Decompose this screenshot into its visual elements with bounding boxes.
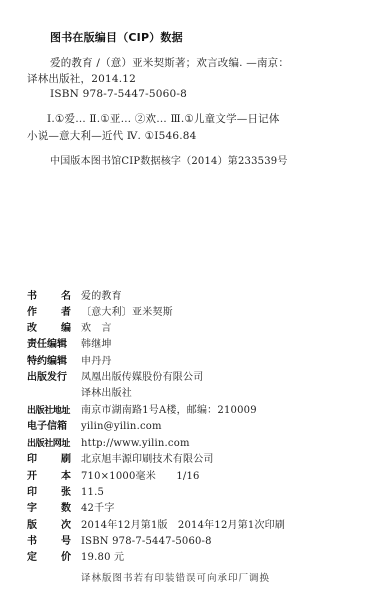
colophon-label: 电子信箱 xyxy=(27,420,71,434)
colophon-value: 爱的教育 xyxy=(81,290,122,304)
cip-classification-1: Ⅰ.①爱… Ⅱ.①亚… ②欢… Ⅲ.①儿童文学—日记体 xyxy=(47,113,280,126)
colophon-label-part: 开 xyxy=(27,470,37,484)
colophon-value: 2014年12月第1版 2014年12月第1次印刷 xyxy=(81,519,285,533)
cip-line-2: 译林出版社，2014.12 xyxy=(27,73,136,86)
colophon-label-part: 改 xyxy=(27,322,37,336)
colophon-label-part: 印 xyxy=(27,486,37,500)
colophon-label: 字数 xyxy=(27,502,71,516)
cip-isbn: ISBN 978-7-5447-5060-8 xyxy=(50,88,187,101)
colophon-label-part: 版 xyxy=(27,519,37,533)
colophon-label: 书名 xyxy=(27,290,71,304)
colophon-label-part: 价 xyxy=(61,551,71,565)
colophon-value: 北京旭丰源印刷技术有限公司 xyxy=(81,453,214,467)
colophon-label: 印张 xyxy=(27,486,71,500)
colophon-label: 出版发行 xyxy=(27,371,71,385)
colophon-label-part: 出版社网址 xyxy=(27,437,70,451)
colophon-value: 710×1000毫米 1/16 xyxy=(81,470,200,484)
colophon-value: 申丹丹 xyxy=(81,355,112,369)
colophon-value: 凤凰出版传媒股份有限公司 xyxy=(81,371,203,385)
colophon-label-part: 作 xyxy=(27,306,37,320)
colophon-label-part: 责任编辑 xyxy=(27,338,67,352)
colophon-value: 19.80 元 xyxy=(81,551,124,565)
colophon-label-part: 书 xyxy=(27,290,37,304)
cip-core-number: 中国版本图书馆CIP数据核字（2014）第233539号 xyxy=(50,155,288,168)
colophon-label-part: 编 xyxy=(61,322,71,336)
cip-line-1: 爱的教育 /（意）亚米契斯著；欢言改编. —南京： xyxy=(50,57,289,70)
colophon-label-part: 印 xyxy=(27,453,37,467)
colophon-label-part: 数 xyxy=(61,502,71,516)
colophon-label-part: 出版社地址 xyxy=(27,404,70,418)
colophon-label: 改编 xyxy=(27,322,71,336)
colophon-label-part: 刷 xyxy=(61,453,71,467)
replacement-note: 译林版图书若有印装错误可向承印厂调换 xyxy=(81,570,270,584)
colophon-label: 定价 xyxy=(27,551,71,565)
colophon-value: http://www.yilin.com xyxy=(81,437,190,451)
colophon-value: 42千字 xyxy=(81,502,115,516)
colophon-label-part: 者 xyxy=(61,306,71,320)
colophon-value: 韩继坤 xyxy=(81,338,112,352)
colophon-label-part: 出版发行 xyxy=(27,371,67,385)
colophon-label: 开本 xyxy=(27,470,71,484)
colophon-label-part: 书 xyxy=(27,535,37,549)
colophon-label: 版次 xyxy=(27,519,71,533)
colophon-value: 欢 言 xyxy=(81,322,112,336)
colophon-label-part: 字 xyxy=(27,502,37,516)
colophon-label-part: 号 xyxy=(61,535,71,549)
colophon-value: ISBN 978-7-5447-5060-8 xyxy=(81,535,212,549)
colophon-label-part: 电子信箱 xyxy=(27,420,67,434)
colophon-value: 译林出版社 xyxy=(81,387,132,401)
colophon-label-part: 张 xyxy=(61,486,71,500)
colophon-label: 书号 xyxy=(27,535,71,549)
colophon-label: 特约编辑 xyxy=(27,355,71,369)
colophon-label: 责任编辑 xyxy=(27,338,71,352)
colophon-label: 印刷 xyxy=(27,453,71,467)
cip-classification-2: 小说—意大利—近代 Ⅳ. ①I546.84 xyxy=(27,130,197,143)
colophon-label: 出版社地址 xyxy=(27,404,71,418)
colophon-label: 出版社网址 xyxy=(27,437,71,451)
colophon-value: 11.5 xyxy=(81,486,104,500)
colophon-value: yilin@yilin.com xyxy=(81,420,162,434)
colophon-label-part: 特约编辑 xyxy=(27,355,67,369)
colophon-label-part: 名 xyxy=(61,290,71,304)
colophon-label-part: 次 xyxy=(61,519,71,533)
colophon-value: 南京市湖南路1号A楼，邮编：210009 xyxy=(81,404,257,418)
colophon-value: 〔意大利〕亚米契斯 xyxy=(81,306,173,320)
cip-title: 图书在版编目（CIP）数据 xyxy=(50,31,183,44)
colophon-label-part: 本 xyxy=(61,470,71,484)
colophon-label: 作者 xyxy=(27,306,71,320)
colophon-label-part: 定 xyxy=(27,551,37,565)
